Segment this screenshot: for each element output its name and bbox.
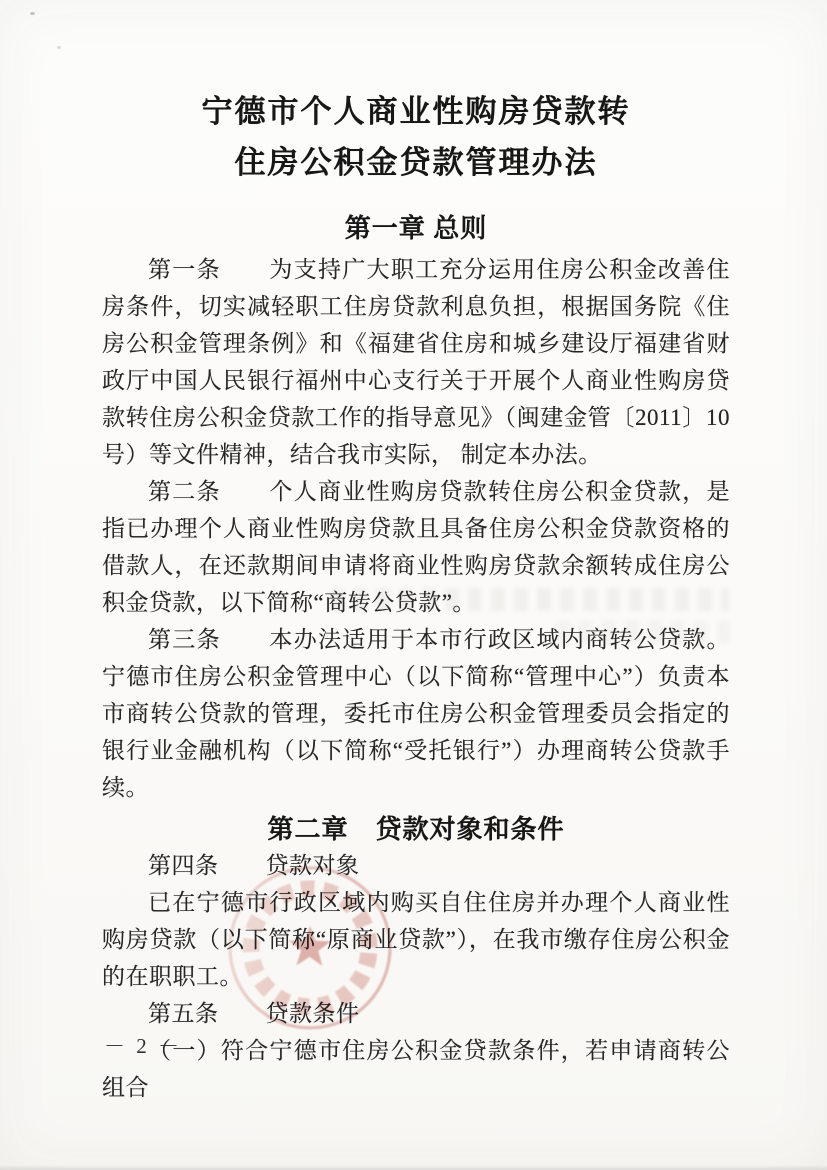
- document-title-line-1: 宁德市个人商业性购房贷款转: [102, 86, 730, 137]
- article-5-title: 第五条 贷款条件: [102, 995, 730, 1032]
- chapter-2-heading: 第二章 贷款对象和条件: [102, 809, 730, 846]
- article-4-body: 已在宁德市行政区域内购买自住住房并办理个人商业性购房贷款（以下简称“原商业贷款”…: [102, 884, 730, 995]
- document-title: 宁德市个人商业性购房贷款转 住房公积金贷款管理办法: [102, 86, 730, 188]
- scan-speck: [57, 46, 61, 49]
- document-title-line-2: 住房公积金贷款管理办法: [102, 137, 730, 188]
- scanned-document-page: 宁德市个人商业性购房贷款转 住房公积金贷款管理办法 第一章 总则 第一条 为支持…: [0, 0, 827, 1170]
- scan-bottom-edge: [0, 1165, 827, 1170]
- chapter-1-heading: 第一章 总则: [102, 208, 730, 245]
- scan-speck: [30, 12, 35, 15]
- article-2-paragraph: 第二条 个人商业性购房贷款转住房公积金贷款，是指已办理个人商业性购房贷款且具备住…: [102, 473, 730, 621]
- document-content: 宁德市个人商业性购房贷款转 住房公积金贷款管理办法 第一章 总则 第一条 为支持…: [102, 86, 730, 1106]
- article-1-paragraph: 第一条 为支持广大职工充分运用住房公积金改善住房条件，切实减轻职工住房贷款利息负…: [102, 251, 730, 473]
- article-3-paragraph: 第三条 本办法适用于本市行政区域内商转公贷款。宁德市住房公积金管理中心（以下简称…: [102, 621, 730, 806]
- article-4-title: 第四条 贷款对象: [102, 847, 730, 884]
- article-5-item-1: （一）符合宁德市住房公积金贷款条件，若申请商转公组合: [102, 1032, 730, 1106]
- page-number: － 2 －: [104, 1030, 182, 1060]
